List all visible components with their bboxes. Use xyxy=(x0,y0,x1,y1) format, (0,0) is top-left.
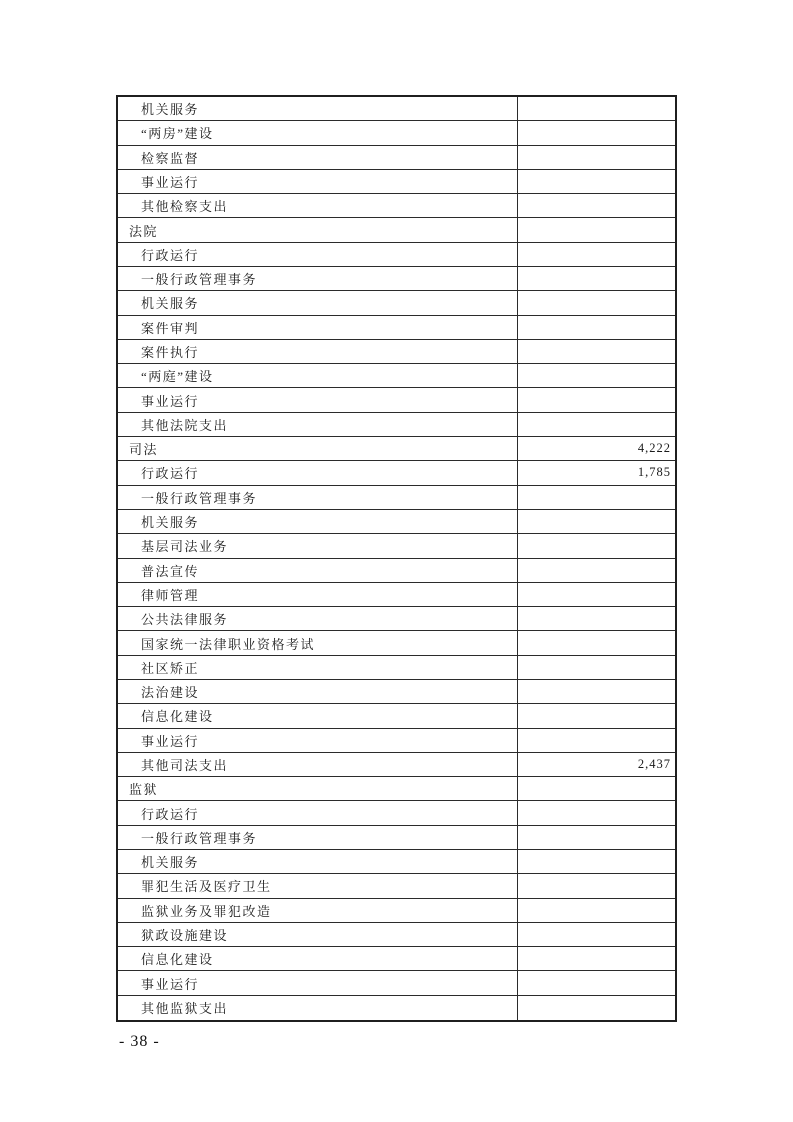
row-label: 司法 xyxy=(118,437,518,460)
row-value xyxy=(518,534,675,557)
row-label: 事业运行 xyxy=(118,388,518,411)
table-row: 机关服务 xyxy=(118,510,675,534)
row-value xyxy=(518,729,675,752)
row-value xyxy=(518,194,675,217)
row-label: 罪犯生活及医疗卫生 xyxy=(118,874,518,897)
table-row: 机关服务 xyxy=(118,850,675,874)
row-label: 一般行政管理事务 xyxy=(118,826,518,849)
table-row: 事业运行 xyxy=(118,170,675,194)
table-row: 行政运行 xyxy=(118,801,675,825)
row-label: “两庭”建设 xyxy=(118,364,518,387)
table-row: 事业运行 xyxy=(118,729,675,753)
row-label: 事业运行 xyxy=(118,170,518,193)
row-label: 其他检察支出 xyxy=(118,194,518,217)
table-row: 其他检察支出 xyxy=(118,194,675,218)
row-value xyxy=(518,801,675,824)
row-label: 机关服务 xyxy=(118,510,518,533)
table-row: 一般行政管理事务 xyxy=(118,267,675,291)
row-value xyxy=(518,656,675,679)
row-value xyxy=(518,850,675,873)
row-value: 1,785 xyxy=(518,461,675,484)
table-row: 监狱 xyxy=(118,777,675,801)
row-label: 一般行政管理事务 xyxy=(118,267,518,290)
row-value xyxy=(518,267,675,290)
row-value xyxy=(518,947,675,970)
row-value xyxy=(518,559,675,582)
row-value xyxy=(518,340,675,363)
row-label: 行政运行 xyxy=(118,461,518,484)
table-row: 案件执行 xyxy=(118,340,675,364)
row-label: 事业运行 xyxy=(118,971,518,994)
row-label: 一般行政管理事务 xyxy=(118,486,518,509)
table-row: 公共法律服务 xyxy=(118,607,675,631)
table-row: 机关服务 xyxy=(118,291,675,315)
table-row: 其他法院支出 xyxy=(118,413,675,437)
row-label: 狱政设施建设 xyxy=(118,923,518,946)
row-value xyxy=(518,971,675,994)
row-label: “两房”建设 xyxy=(118,121,518,144)
row-label: 社区矫正 xyxy=(118,656,518,679)
table-row: 监狱业务及罪犯改造 xyxy=(118,899,675,923)
row-value xyxy=(518,826,675,849)
row-label: 法治建设 xyxy=(118,680,518,703)
row-label: 法院 xyxy=(118,218,518,241)
row-label: 其他监狱支出 xyxy=(118,996,518,1020)
row-label: 行政运行 xyxy=(118,801,518,824)
row-label: 基层司法业务 xyxy=(118,534,518,557)
row-value xyxy=(518,218,675,241)
page-number: - 38 - xyxy=(119,1033,160,1051)
row-value xyxy=(518,97,675,120)
row-label: 普法宣传 xyxy=(118,559,518,582)
row-value xyxy=(518,996,675,1020)
row-label: 机关服务 xyxy=(118,850,518,873)
table-row: 律师管理 xyxy=(118,583,675,607)
table-row: 其他司法支出 2,437 xyxy=(118,753,675,777)
table-row: “两房”建设 xyxy=(118,121,675,145)
table-row: 狱政设施建设 xyxy=(118,923,675,947)
row-value xyxy=(518,291,675,314)
row-label: 其他司法支出 xyxy=(118,753,518,776)
table-row: 行政运行 1,785 xyxy=(118,461,675,485)
row-label: 事业运行 xyxy=(118,729,518,752)
table-row: 行政运行 xyxy=(118,243,675,267)
table-row: 国家统一法律职业资格考试 xyxy=(118,631,675,655)
table-row: 司法 4,222 xyxy=(118,437,675,461)
row-value xyxy=(518,899,675,922)
table-row: 一般行政管理事务 xyxy=(118,486,675,510)
row-label: 律师管理 xyxy=(118,583,518,606)
row-label: 案件执行 xyxy=(118,340,518,363)
row-value xyxy=(518,413,675,436)
row-label: 行政运行 xyxy=(118,243,518,266)
row-value xyxy=(518,388,675,411)
row-label: 监狱业务及罪犯改造 xyxy=(118,899,518,922)
row-value xyxy=(518,146,675,169)
table-row: “两庭”建设 xyxy=(118,364,675,388)
row-value xyxy=(518,607,675,630)
table-row: 检察监督 xyxy=(118,146,675,170)
row-value: 2,437 xyxy=(518,753,675,776)
table-row: 事业运行 xyxy=(118,971,675,995)
table-row: 案件审判 xyxy=(118,316,675,340)
row-label: 其他法院支出 xyxy=(118,413,518,436)
row-value xyxy=(518,316,675,339)
row-value xyxy=(518,583,675,606)
row-value xyxy=(518,874,675,897)
row-value xyxy=(518,704,675,727)
row-label: 监狱 xyxy=(118,777,518,800)
row-label: 机关服务 xyxy=(118,291,518,314)
row-value xyxy=(518,486,675,509)
row-value xyxy=(518,121,675,144)
row-label: 公共法律服务 xyxy=(118,607,518,630)
table-row: 其他监狱支出 xyxy=(118,996,675,1020)
row-label: 案件审判 xyxy=(118,316,518,339)
table-row: 事业运行 xyxy=(118,388,675,412)
row-label: 国家统一法律职业资格考试 xyxy=(118,631,518,654)
document-page: 机关服务 “两房”建设 检察监督 事业运行 其他检察支出 法院 行政运行 一般行… xyxy=(0,0,793,1122)
row-value xyxy=(518,631,675,654)
row-value xyxy=(518,510,675,533)
table-row: 信息化建设 xyxy=(118,947,675,971)
table-row: 法院 xyxy=(118,218,675,242)
table-row: 信息化建设 xyxy=(118,704,675,728)
row-value xyxy=(518,243,675,266)
row-label: 信息化建设 xyxy=(118,704,518,727)
budget-table: 机关服务 “两房”建设 检察监督 事业运行 其他检察支出 法院 行政运行 一般行… xyxy=(116,95,677,1022)
row-value xyxy=(518,777,675,800)
table-row: 法治建设 xyxy=(118,680,675,704)
table-row: 普法宣传 xyxy=(118,559,675,583)
row-value xyxy=(518,170,675,193)
table-row: 基层司法业务 xyxy=(118,534,675,558)
row-label: 信息化建设 xyxy=(118,947,518,970)
row-value xyxy=(518,923,675,946)
table-row: 罪犯生活及医疗卫生 xyxy=(118,874,675,898)
row-label: 机关服务 xyxy=(118,97,518,120)
table-row: 社区矫正 xyxy=(118,656,675,680)
table-row: 一般行政管理事务 xyxy=(118,826,675,850)
row-value: 4,222 xyxy=(518,437,675,460)
table-row: 机关服务 xyxy=(118,97,675,121)
row-value xyxy=(518,680,675,703)
row-label: 检察监督 xyxy=(118,146,518,169)
row-value xyxy=(518,364,675,387)
